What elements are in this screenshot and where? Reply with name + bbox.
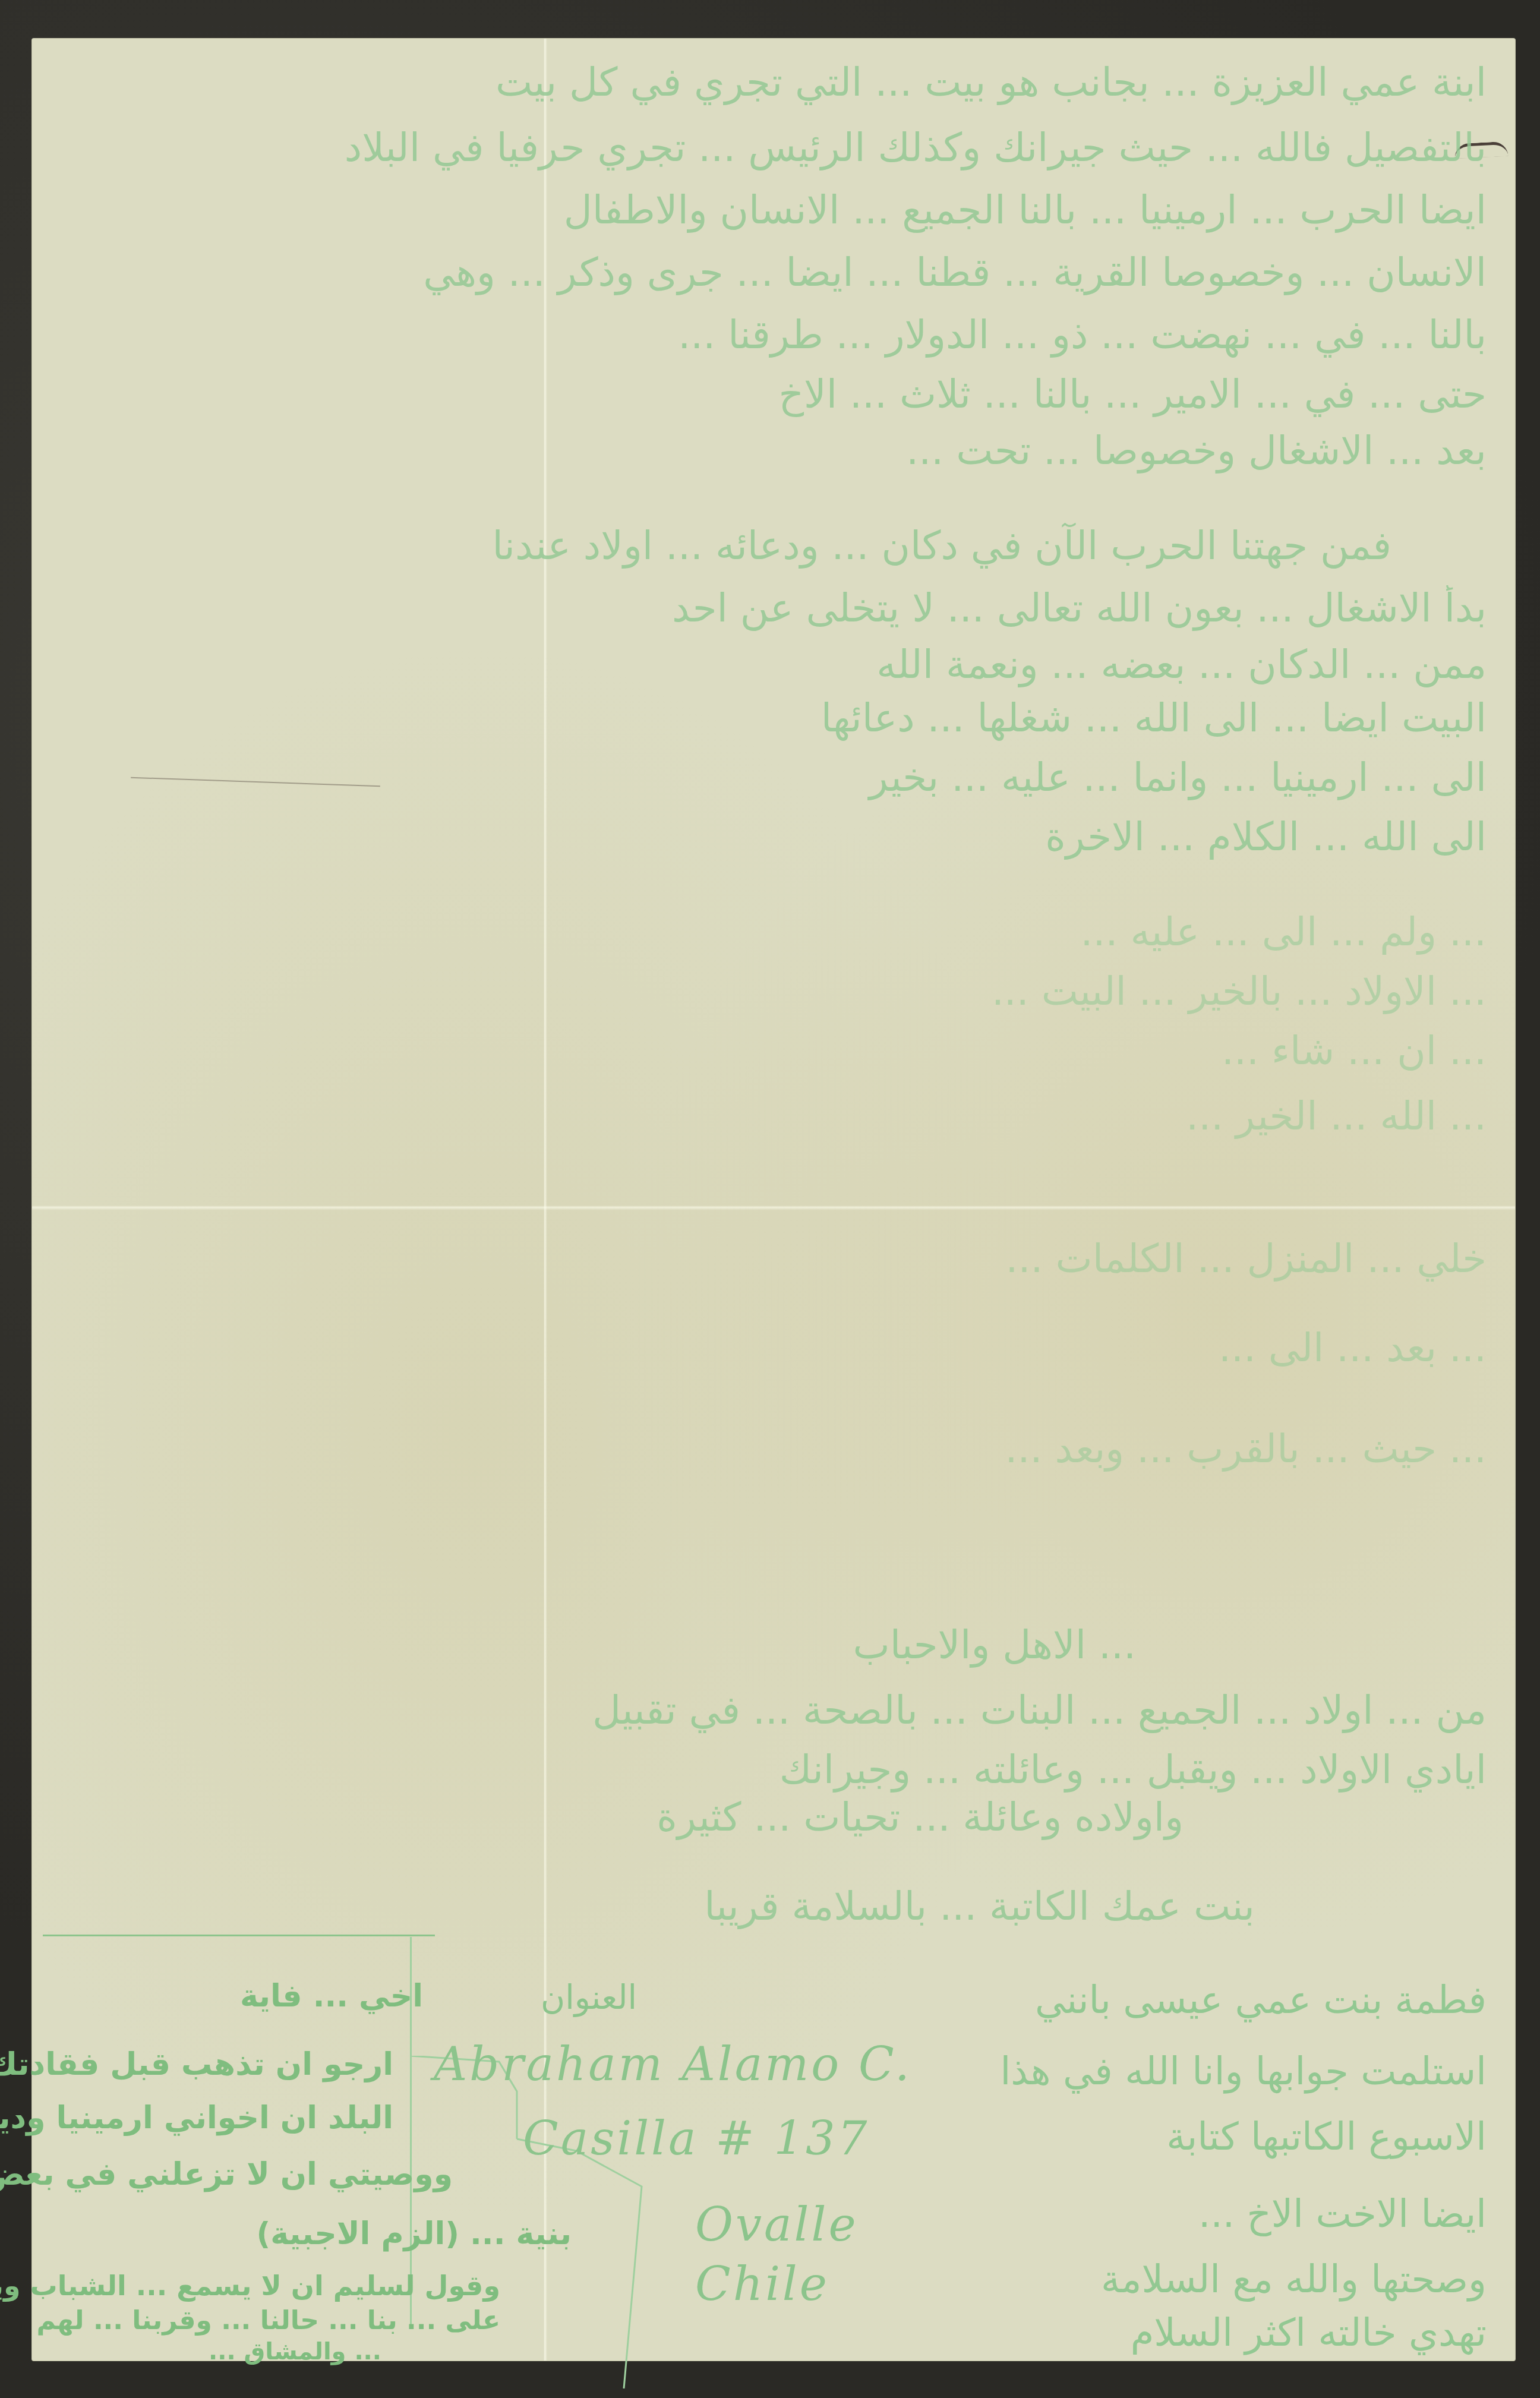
body-line: بدأ الاشغال ... بعون الله تعالى ... لا ي… [31,585,1487,631]
body-line: ... حيث ... بالقرب ... وبعد ... [31,1426,1487,1472]
body-line: ... الله ... الخير ... [31,1093,1487,1139]
body-line: بالنا ... في ... نهضت ... ذو ... الدولار… [31,312,1487,358]
address-city: Ovalle [695,2198,859,2252]
body-line: بعد ... الاشغال وخصوصا ... تحت ... [31,428,1487,474]
body-line: الانسان ... وخصوصا القرية ... قطنا ... ا… [31,250,1487,295]
ps-line: تهدي خالته اكثر السلام [1011,2311,1487,2355]
address-name: Abraham Alamo C. [434,2038,912,2091]
ps-line: فطمة بنت عمي عيسى بانني [952,1979,1487,2022]
divider-rule [43,1935,435,1936]
ps-line: وصحتها والله مع السلامة [833,2258,1487,2302]
body-line: ... الاولاد ... بالخير ... البيت ... [31,968,1487,1014]
body-line: ... الاهل والاحباب [364,1622,1136,1668]
body-line: فمن جهتنا الحرب الآن في دكان ... ودعائه … [114,523,1391,569]
address-label: العنوان [541,1979,637,2017]
body-line: ايادي الاولاد ... ويقبل ... وعائلته ... … [31,1747,1487,1793]
ps-line: الاسبوع الكاتبها كتابة [952,2115,1487,2159]
body-line: من ... اولاد ... الجميع ... البنات ... ب… [31,1687,1487,1733]
note-line: وقول لسليم ان لا يسمع ... الشباب ويعمل .… [37,2270,500,2302]
note-line: ووصيتي ان لا تزعلني في بعض ... لكن [37,2157,453,2192]
body-line: ... بعد ... الى ... [31,1325,1487,1371]
body-line: واولاده وعائلة ... تحيات ... كثيرة [292,1794,1184,1840]
body-line: خلي ... المنزل ... الكلمات ... [31,1236,1487,1282]
body-line: ... ان ... شاء ... [31,1028,1487,1074]
note-line: ... والمشاق ... [84,2338,381,2365]
body-line: ابنة عمي العزيزة ... بجانب هو بيت ... ال… [31,59,1487,105]
note-line: على ... بنا ... حالنا ... وقربنا ... لهم [37,2305,500,2336]
body-line: ممن ... الدكان ... بعضه ... ونعمة الله [31,642,1487,687]
ps-line: استلمت جوابها وانا الله في هذا [892,2050,1487,2094]
address-po-box: Casilla # 137 [523,2112,869,2166]
body-line: البيت ايضا ... الى الله ... شغلها ... دع… [31,695,1487,741]
body-line: ... ولم ... الى ... عليه ... [31,909,1487,955]
body-line: الى ... ارمينيا ... وانما ... عليه ... ب… [31,755,1487,800]
ps-line: ايضا الاخت الاخ ... [952,2192,1487,2236]
body-line: حتى ... في ... الامير ... بالنا ... ثلاث… [31,371,1487,417]
address-country: Chile [695,2258,829,2311]
body-line: بنت عمك الكاتبة ... بالسلامة قريبا [126,1883,1255,1929]
note-line: اخي ... فاية [67,1979,423,2014]
body-line: الى الله ... الكلام ... الاخرة [31,814,1487,860]
note-line: البلد ان اخواني ارمينيا وديننا [37,2100,393,2136]
body-line: بالتفصيل فالله ... حيث جيرانك وكذلك الرئ… [31,125,1487,171]
note-line: ارجو ان تذهب قبل فقادتك [37,2047,393,2083]
body-line: ايضا الحرب ... ارمينيا ... بالنا الجميع … [31,187,1487,233]
note-line: بنية ... (الزم الاجبية) [37,2216,572,2252]
